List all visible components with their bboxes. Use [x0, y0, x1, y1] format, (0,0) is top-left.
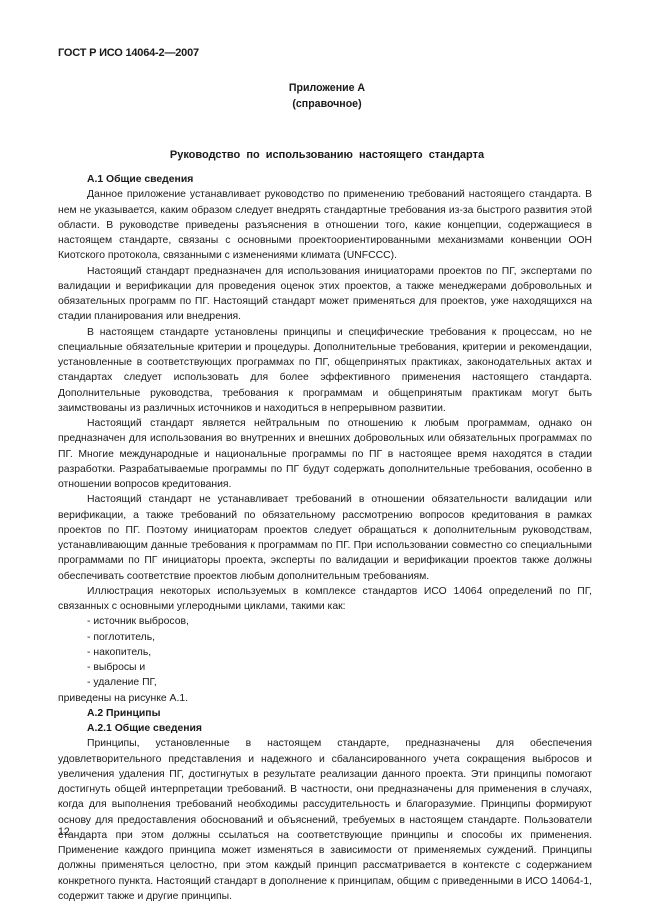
page-number: 12: [58, 826, 70, 838]
list-item: - выбросы и: [58, 660, 592, 675]
annex-type: (справочное): [4, 98, 646, 110]
paragraph: Данное приложение устанавливает руководс…: [58, 187, 592, 263]
paragraph: Настоящий стандарт является нейтральным …: [58, 416, 592, 492]
list-item: - удаление ПГ,: [58, 675, 592, 690]
document-body: А.1 Общие сведения Данное приложение уст…: [58, 172, 592, 904]
section-heading-a2: А.2 Принципы: [58, 706, 592, 721]
paragraph: Настоящий стандарт не устанавливает треб…: [58, 492, 592, 584]
paragraph: Принципы, установленные в настоящем стан…: [58, 736, 592, 904]
section-heading-a1: А.1 Общие сведения: [58, 172, 592, 187]
paragraph: приведены на рисунке А.1.: [58, 691, 592, 706]
paragraph: Иллюстрация некоторых используемых в ком…: [58, 584, 592, 615]
page-title: Руководство по использованию настоящего …: [4, 149, 646, 161]
section-heading-a21: А.2.1 Общие сведения: [58, 721, 592, 736]
list-item: - накопитель,: [58, 645, 592, 660]
list-item: - поглотитель,: [58, 630, 592, 645]
paragraph: В настоящем стандарте установлены принци…: [58, 325, 592, 417]
annex-label: Приложение А: [4, 82, 646, 94]
list-item: - источник выбросов,: [58, 614, 592, 629]
document-header: ГОСТ Р ИСО 14064-2—2007: [58, 47, 199, 59]
paragraph: Настоящий стандарт предназначен для испо…: [58, 264, 592, 325]
